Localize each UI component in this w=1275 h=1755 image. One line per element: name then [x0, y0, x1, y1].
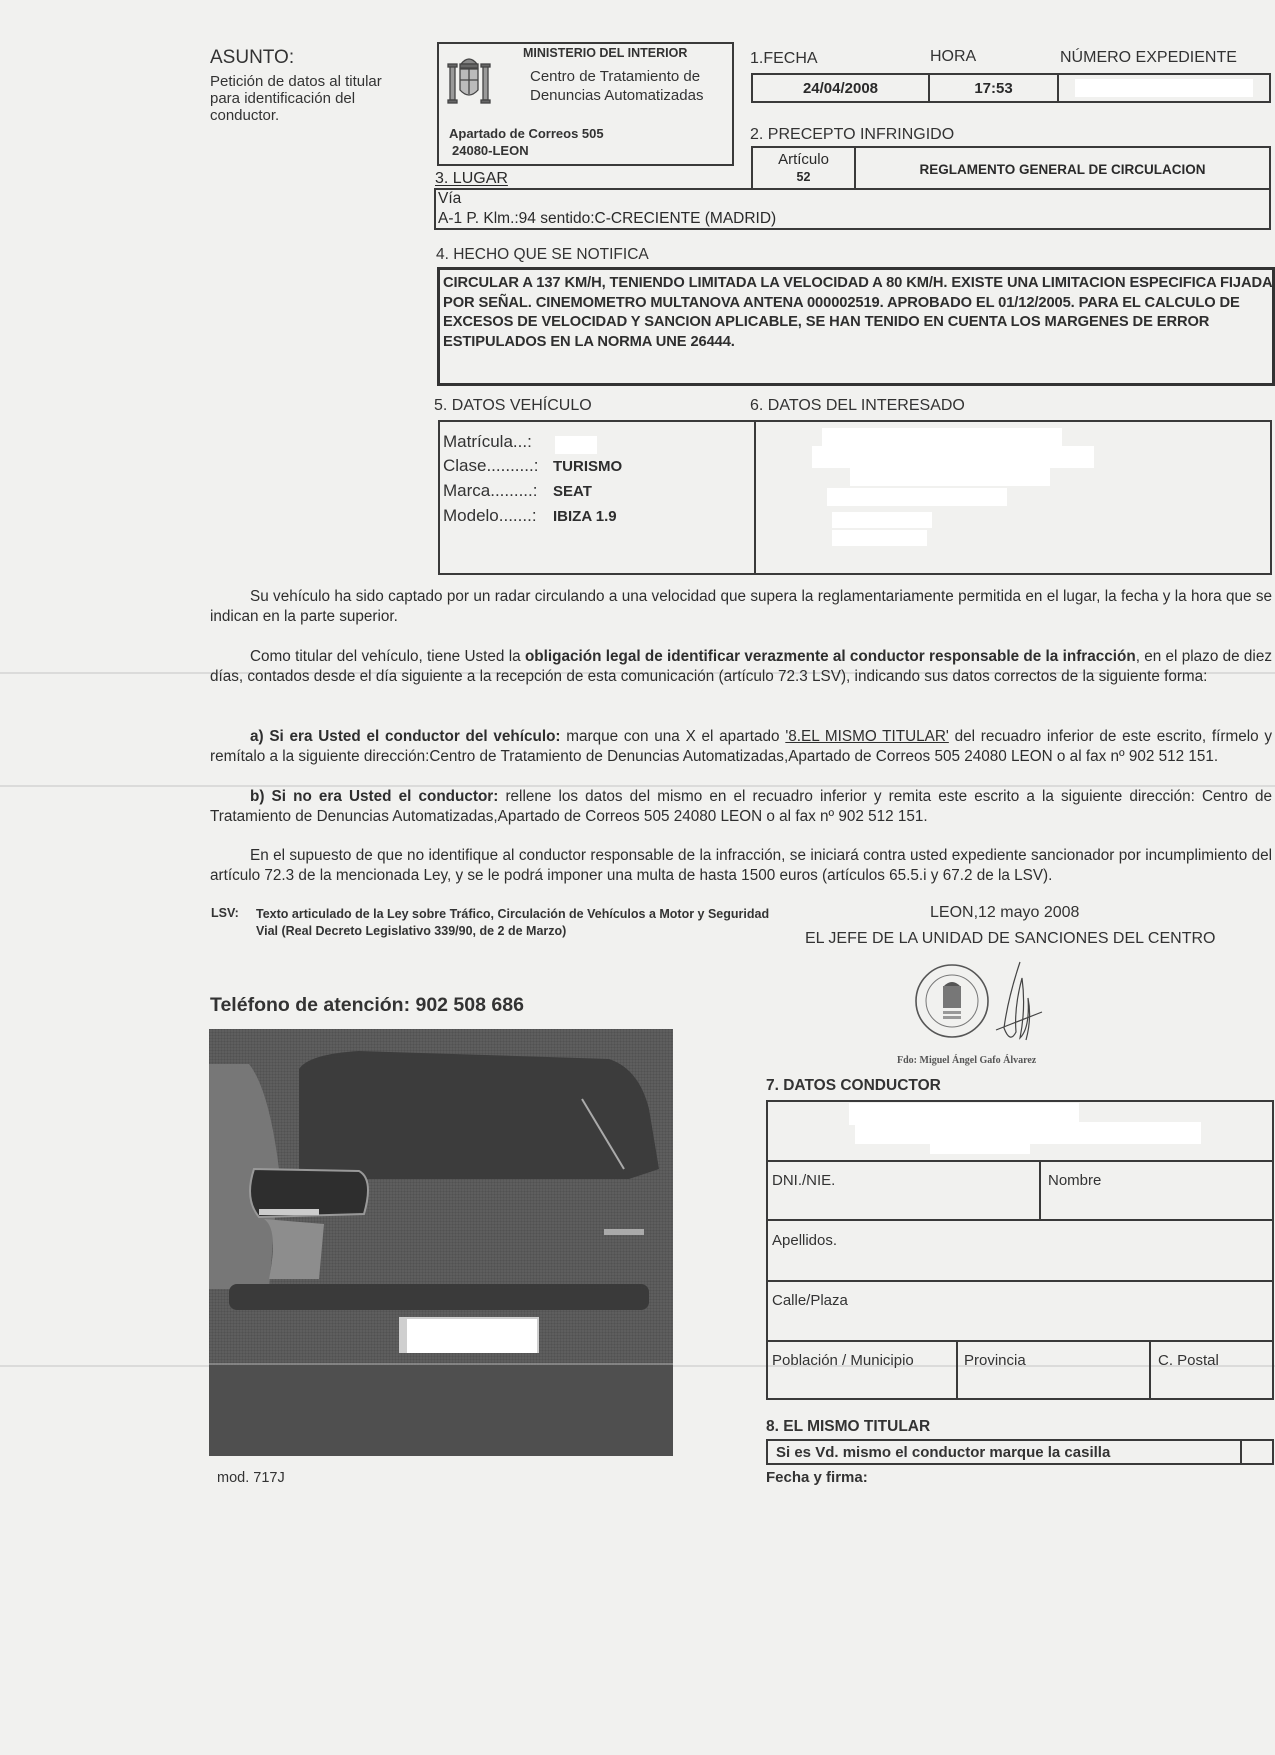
lsv-text: Texto articulado de la Ley sobre Tráfico…	[256, 906, 776, 940]
column-divider	[1039, 1160, 1041, 1220]
poblacion-label: Población / Municipio	[772, 1352, 914, 1369]
redacted-interesado	[827, 488, 1007, 506]
fecha-firma-label: Fecha y firma:	[766, 1469, 868, 1486]
place-date: LEON,12 mayo 2008	[930, 904, 1079, 922]
form-model-code: mod. 717J	[217, 1470, 285, 1486]
spain-coat-of-arms-icon	[446, 52, 492, 108]
precepto-label: 2. PRECEPTO INFRINGIDO	[750, 126, 954, 144]
fecha-label: 1.FECHA	[750, 50, 818, 68]
box-divider	[754, 420, 756, 575]
row-divider	[766, 1219, 1274, 1221]
redacted-interesado	[832, 530, 927, 546]
marca-value: SEAT	[553, 483, 592, 500]
articulo-cell: Artículo 52	[753, 148, 856, 190]
paragraph-obligation: Como titular del vehículo, tiene Usted l…	[210, 647, 1272, 687]
redacted-matricula	[555, 436, 597, 454]
conductor-label: 7. DATOS CONDUCTOR	[766, 1077, 941, 1095]
articulo-label: Artículo	[753, 151, 854, 168]
asunto-title: ASUNTO:	[210, 47, 294, 69]
postcode-city: 24080-LEON	[452, 143, 529, 158]
centre-name-line2: Denuncias Automatizadas	[530, 87, 703, 104]
signed-by: Fdo: Miguel Ángel Gafo Álvarez	[897, 1055, 1036, 1066]
row-divider	[766, 1340, 1274, 1342]
hora-label: HORA	[930, 48, 976, 66]
row-divider	[766, 1280, 1274, 1282]
fecha-value: 24/04/2008	[753, 75, 930, 101]
redacted-plate	[407, 1319, 537, 1353]
paragraph-option-a: a) Si era Usted el conductor del vehícul…	[210, 727, 1272, 767]
expediente-label: NÚMERO EXPEDIENTE	[1060, 49, 1237, 67]
redacted-interesado	[832, 512, 932, 528]
calle-field[interactable]	[772, 1308, 1267, 1336]
mismo-titular-label: 8. EL MISMO TITULAR	[766, 1418, 930, 1436]
redacted-interesado	[822, 428, 1062, 448]
hecho-box: CIRCULAR A 137 KM/H, TENIENDO LIMITADA L…	[437, 267, 1275, 386]
paragraph-option-b: b) Si no era Usted el conductor: rellene…	[210, 787, 1272, 827]
redacted-expediente	[1075, 79, 1253, 97]
matricula-label: Matrícula...:	[443, 432, 532, 452]
column-divider	[956, 1340, 958, 1400]
vehiculo-label: 5. DATOS VEHÍCULO	[434, 397, 592, 415]
paragraph-penalty: En el supuesto de que no identifique al …	[210, 846, 1272, 886]
signatory-title: EL JEFE DE LA UNIDAD DE SANCIONES DEL CE…	[805, 930, 1215, 948]
precepto-box: Artículo 52 REGLAMENTO GENERAL DE CIRCUL…	[751, 146, 1271, 190]
asunto-text: Petición de datos al titular para identi…	[210, 73, 410, 124]
mismo-titular-checkbox[interactable]	[1240, 1439, 1274, 1465]
po-box: Apartado de Correos 505	[449, 126, 604, 141]
column-divider	[1149, 1340, 1151, 1400]
poblacion-field[interactable]	[772, 1368, 952, 1396]
nombre-field[interactable]	[1048, 1186, 1268, 1216]
support-phone: Teléfono de atención: 902 508 686	[210, 994, 524, 1017]
via-label: Vía	[438, 190, 461, 208]
redacted-interesado	[850, 466, 1050, 486]
hecho-text: CIRCULAR A 137 KM/H, TENIENDO LIMITADA L…	[443, 274, 1272, 352]
apellidos-label: Apellidos.	[772, 1232, 837, 1249]
modelo-label: Modelo.......:	[443, 506, 537, 526]
provincia-label: Provincia	[964, 1352, 1026, 1369]
apellidos-field[interactable]	[772, 1248, 1267, 1276]
articulo-number: 52	[753, 170, 854, 184]
provincia-field[interactable]	[964, 1368, 1144, 1396]
mismo-titular-text: Si es Vd. mismo el conductor marque la c…	[776, 1444, 1110, 1461]
reglamento-name: REGLAMENTO GENERAL DE CIRCULACION	[856, 148, 1269, 190]
paragraph-radar: Su vehículo ha sido captado por un radar…	[210, 587, 1272, 627]
lugar-label: 3. LUGAR	[435, 170, 508, 188]
marca-label: Marca.........:	[443, 481, 537, 501]
ministry-name: MINISTERIO DEL INTERIOR	[523, 46, 687, 60]
expediente-value	[1059, 75, 1269, 101]
signature-area[interactable]	[766, 1490, 1274, 1570]
lsv-label: LSV:	[211, 906, 239, 920]
centre-name-line1: Centro de Tratamiento de	[530, 68, 700, 85]
redacted-interesado	[812, 446, 1094, 468]
radar-photo	[209, 1029, 673, 1456]
dni-field[interactable]	[772, 1186, 1034, 1216]
postal-label: C. Postal	[1158, 1352, 1219, 1369]
hecho-label: 4. HECHO QUE SE NOTIFICA	[436, 246, 649, 264]
modelo-value: IBIZA 1.9	[553, 508, 617, 525]
clase-label: Clase..........:	[443, 456, 538, 476]
interesado-label: 6. DATOS DEL INTERESADO	[750, 397, 965, 415]
hora-value: 17:53	[930, 75, 1059, 101]
calle-label: Calle/Plaza	[772, 1292, 848, 1309]
car-rear-image	[209, 1029, 673, 1456]
date-time-box: 24/04/2008 17:53	[751, 73, 1271, 103]
row-divider	[766, 1160, 1274, 1162]
redacted-conductor	[930, 1140, 1030, 1154]
clase-value: TURISMO	[553, 458, 622, 475]
official-stamp-icon	[913, 962, 991, 1040]
handwritten-signature-icon	[990, 958, 1050, 1046]
postal-field[interactable]	[1158, 1368, 1268, 1396]
via-value: A-1 P. Klm.:94 sentido:C-CRECIENTE (MADR…	[438, 210, 776, 228]
